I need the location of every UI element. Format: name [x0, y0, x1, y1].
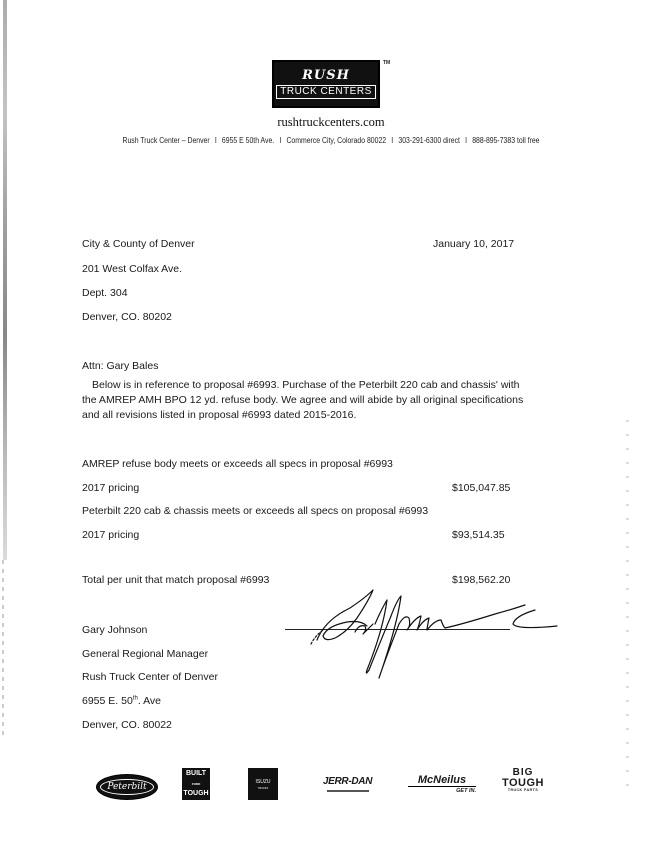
street-number: 6955 E. 50 [82, 695, 133, 707]
scan-edge-artifact [2, 560, 4, 740]
peterbilt-logo: Peterbilt [96, 774, 158, 800]
jerr-dan-logo: JERR-DAN [310, 776, 385, 792]
pricing-item-label: 2017 pricing [82, 529, 139, 541]
mcneilus-tagline: GET IN. [408, 788, 476, 794]
logo-brand: RUSH [302, 69, 350, 83]
address-company: Rush Truck Center – Denver [122, 136, 209, 145]
pricing-item-label: 2017 pricing [82, 482, 139, 494]
address-street: 6955 E 50th Ave. [222, 136, 274, 145]
isuzu-sub-text: TRUCKS [258, 787, 268, 790]
scan-edge-artifact [3, 0, 7, 560]
street-suffix: . Ave [138, 695, 161, 707]
website-url: rushtruckcenters.com [0, 115, 662, 130]
ford-mid-text: FORD [192, 780, 201, 788]
address-city: Commerce City, Colorado 80022 [286, 136, 386, 145]
jerr-dan-text: JERR-DAN [323, 776, 372, 787]
pricing-item-price: $105,047.85 [452, 482, 510, 494]
trademark-mark: TM [383, 60, 390, 66]
logo-subtitle: TRUCK CENTERS [276, 85, 376, 99]
separator: I [210, 136, 222, 145]
signer-company: Rush Truck Center of Denver [82, 671, 218, 683]
handwritten-signature-icon [295, 580, 565, 680]
separator: I [386, 136, 398, 145]
mcneilus-text: McNeilus [408, 774, 476, 787]
attention-line: Attn: Gary Bales [82, 360, 158, 372]
body-text: Below is in reference to proposal #6993.… [82, 379, 523, 421]
recipient-street: 201 West Colfax Ave. [82, 263, 182, 275]
pricing-item-description: Peterbilt 220 cab & chassis meets or exc… [82, 505, 428, 517]
recipient-city: Denver, CO. 80202 [82, 311, 172, 323]
pricing-item-price: $93,514.35 [452, 529, 505, 541]
address-phone-direct: 303-291-6300 direct [398, 136, 460, 145]
ford-bottom-text: TOUGH [183, 790, 208, 798]
isuzu-text: ISUZU [256, 779, 271, 785]
recipient-dept: Dept. 304 [82, 287, 128, 299]
body-paragraph: Below is in reference to proposal #6993.… [82, 378, 532, 423]
signer-title: General Regional Manager [82, 648, 208, 660]
letter-date: January 10, 2017 [433, 238, 514, 250]
jerr-dan-tagline [327, 790, 369, 792]
signer-name: Gary Johnson [82, 624, 147, 636]
ford-built-tough-logo: BUILT FORD TOUGH [182, 768, 210, 800]
rush-truck-centers-logo: RUSH TRUCK CENTERS [272, 60, 380, 108]
separator: I [274, 136, 286, 145]
peterbilt-text: Peterbilt [100, 779, 153, 795]
big-tough-line2: TOUGH [498, 778, 548, 788]
total-label: Total per unit that match proposal #6993 [82, 574, 269, 586]
big-tough-logo: BIG TOUGH TRUCK PARTS [498, 768, 548, 793]
signer-city: Denver, CO. 80022 [82, 719, 172, 731]
letterhead-address-bar: Rush Truck Center – DenverI6955 E 50th A… [46, 136, 615, 145]
recipient-name: City & County of Denver [82, 238, 195, 250]
ford-top-text: BUILT [186, 770, 206, 778]
scan-noise-artifact [626, 420, 629, 790]
signer-street: 6955 E. 50th. Ave [82, 695, 161, 707]
address-phone-tollfree: 888-895-7383 toll free [472, 136, 539, 145]
mcneilus-logo: McNeilus GET IN. [408, 774, 476, 794]
separator: I [460, 136, 472, 145]
pricing-item-description: AMREP refuse body meets or exceeds all s… [82, 458, 393, 470]
brand-logos-footer: Peterbilt BUILT FORD TOUGH ISUZU TRUCKS … [0, 766, 662, 806]
isuzu-logo: ISUZU TRUCKS [248, 768, 278, 800]
